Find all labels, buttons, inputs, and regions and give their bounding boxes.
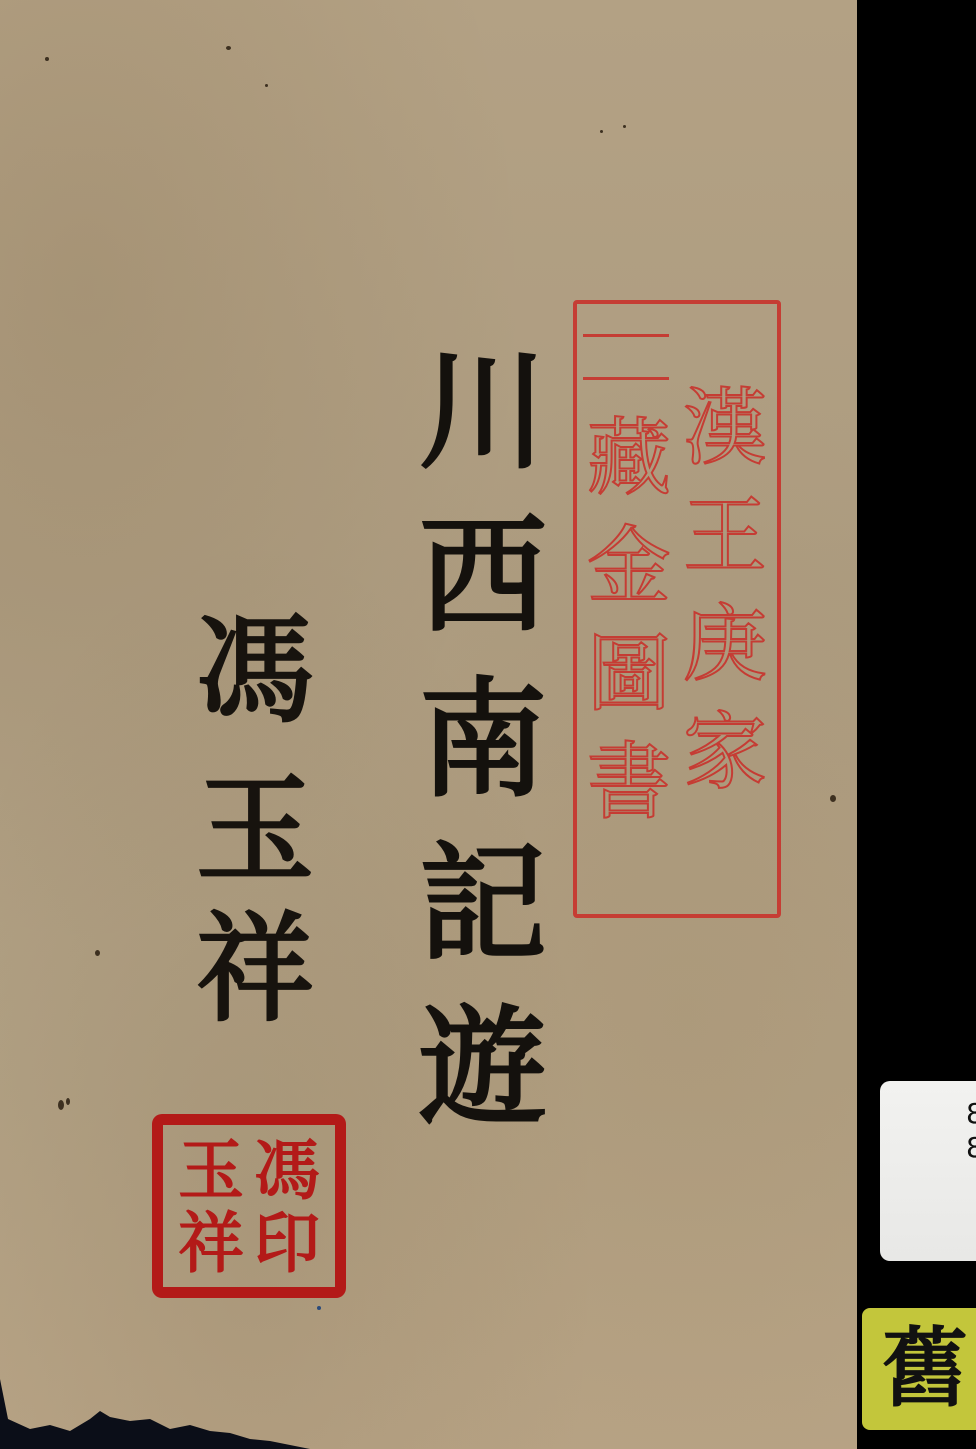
paper-speck xyxy=(226,46,231,50)
title-char: 南 xyxy=(419,658,547,822)
category-tab: 舊 xyxy=(862,1308,976,1430)
paper-speck xyxy=(830,795,836,802)
seal-char: 王 xyxy=(683,482,767,590)
title-char: 西 xyxy=(419,494,547,658)
seal-char: 馮 xyxy=(249,1133,325,1206)
author-char: 祥 xyxy=(196,910,314,1120)
label-digits: 8 8 xyxy=(966,1097,976,1165)
book-title: 川 西 南 記 遊 xyxy=(398,330,568,1150)
seal-char: 金 xyxy=(587,512,671,620)
seal-column-left: 藏 金 圖 書 xyxy=(581,404,677,836)
author-seal: 馮 印 玉 祥 xyxy=(152,1114,346,1298)
paper-speck xyxy=(265,84,268,87)
title-char: 川 xyxy=(419,330,547,494)
paper-speck xyxy=(58,1100,64,1110)
author-char: 玉 xyxy=(196,750,314,910)
paper-speck xyxy=(45,57,49,61)
paper-speck xyxy=(600,130,603,133)
seal-border-ornament xyxy=(583,334,669,380)
paper-speck xyxy=(66,1098,70,1105)
seal-char: 書 xyxy=(587,728,671,836)
seal-char: 圖 xyxy=(587,620,671,728)
library-label: 8 8 xyxy=(880,1081,976,1261)
collector-seal: 漢 王 庚 家 藏 金 圖 書 xyxy=(573,300,781,918)
category-tab-char: 舊 xyxy=(882,1326,968,1412)
paper-speck xyxy=(623,125,626,128)
seal-char: 印 xyxy=(249,1206,325,1279)
seal-char: 庚 xyxy=(683,590,767,698)
title-char: 記 xyxy=(419,822,547,986)
torn-edge xyxy=(0,1359,860,1449)
seal-char: 家 xyxy=(683,698,767,806)
seal-char: 漢 xyxy=(683,374,767,482)
seal-char: 藏 xyxy=(587,404,671,512)
seal-char: 祥 xyxy=(173,1206,249,1279)
author-name: 馮 玉 祥 xyxy=(170,590,340,1120)
seal-char: 玉 xyxy=(173,1133,249,1206)
book-cover: 川 西 南 記 遊 馮 玉 祥 馮 印 玉 祥 漢 王 庚 家 藏 金 圖 書 xyxy=(0,0,857,1449)
title-char: 遊 xyxy=(419,986,547,1150)
author-char: 馮 xyxy=(196,590,314,750)
paper-speck xyxy=(95,950,100,956)
paper-speck xyxy=(317,1306,321,1310)
seal-column-right: 漢 王 庚 家 xyxy=(677,374,773,806)
